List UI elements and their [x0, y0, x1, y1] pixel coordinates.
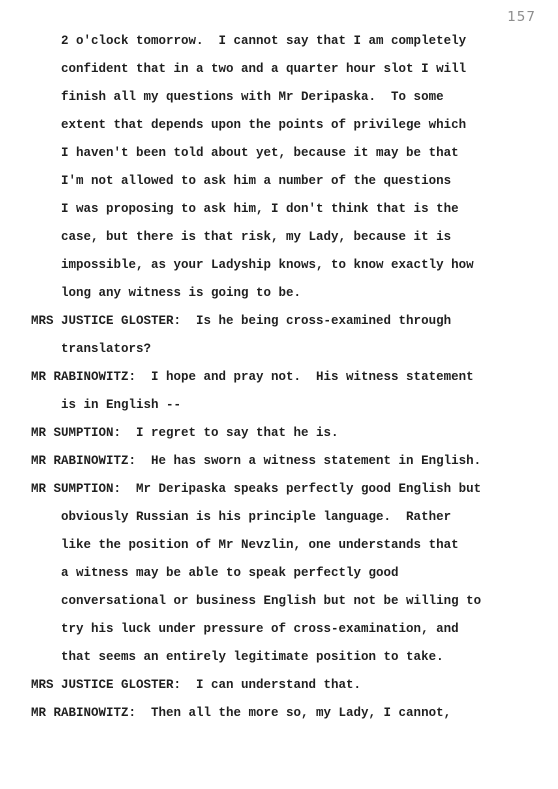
- transcript-page: 157 2 o'clock tomorrow. I cannot say tha…: [0, 0, 558, 789]
- transcript-line-speaker: MRS JUSTICE GLOSTER: Is he being cross-e…: [31, 307, 531, 335]
- transcript-line: that seems an entirely legitimate positi…: [31, 643, 531, 671]
- transcript-line: I haven't been told about yet, because i…: [31, 139, 531, 167]
- transcript-line: like the position of Mr Nevzlin, one und…: [31, 531, 531, 559]
- transcript-line: a witness may be able to speak perfectly…: [31, 559, 531, 587]
- transcript-line: confident that in a two and a quarter ho…: [31, 55, 531, 83]
- transcript-line: obviously Russian is his principle langu…: [31, 503, 531, 531]
- transcript-line-speaker: MR RABINOWITZ: He has sworn a witness st…: [31, 447, 531, 475]
- transcript-line-speaker: MR RABINOWITZ: I hope and pray not. His …: [31, 363, 531, 391]
- transcript-line-speaker: MR SUMPTION: Mr Deripaska speaks perfect…: [31, 475, 531, 503]
- transcript-line-speaker: MR RABINOWITZ: Then all the more so, my …: [31, 699, 531, 727]
- transcript-line: is in English --: [31, 391, 531, 419]
- transcript-line: translators?: [31, 335, 531, 363]
- transcript-line: extent that depends upon the points of p…: [31, 111, 531, 139]
- transcript-line: finish all my questions with Mr Deripask…: [31, 83, 531, 111]
- transcript-line-speaker: MRS JUSTICE GLOSTER: I can understand th…: [31, 671, 531, 699]
- transcript-line: long any witness is going to be.: [31, 279, 531, 307]
- transcript-line: I was proposing to ask him, I don't thin…: [31, 195, 531, 223]
- transcript-line: I'm not allowed to ask him a number of t…: [31, 167, 531, 195]
- transcript-line: 2 o'clock tomorrow. I cannot say that I …: [31, 27, 531, 55]
- page-number: 157: [507, 9, 536, 25]
- transcript-line: try his luck under pressure of cross-exa…: [31, 615, 531, 643]
- transcript-line: conversational or business English but n…: [31, 587, 531, 615]
- transcript-line: case, but there is that risk, my Lady, b…: [31, 223, 531, 251]
- transcript-body: 2 o'clock tomorrow. I cannot say that I …: [31, 27, 531, 727]
- transcript-line-speaker: MR SUMPTION: I regret to say that he is.: [31, 419, 531, 447]
- transcript-line: impossible, as your Ladyship knows, to k…: [31, 251, 531, 279]
